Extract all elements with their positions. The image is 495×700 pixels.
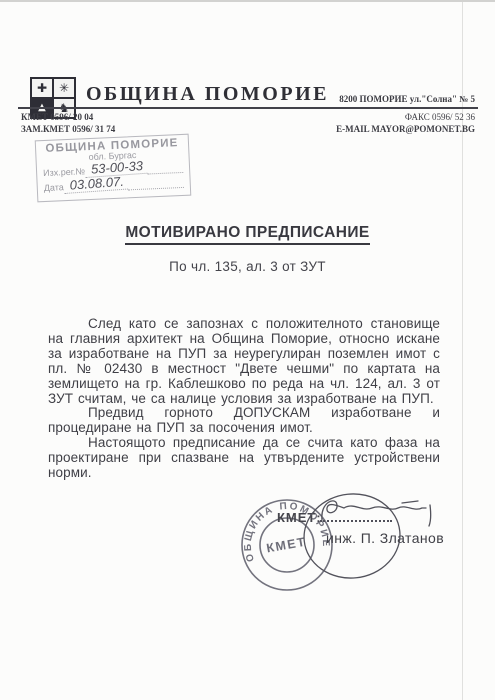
body-paragraph: Настоящото предписание да се счита като … bbox=[48, 436, 440, 481]
date-handwritten: 03.08.07. bbox=[63, 174, 128, 194]
scanned-document-page: ✚ ✳ ▲ ♞ ОБЩИНА ПОМОРИЕ 8200 ПОМОРИЕ ул."… bbox=[0, 0, 495, 700]
org-address: 8200 ПОМОРИЕ ул."Солна" № 5 bbox=[339, 94, 475, 104]
dotted-leader bbox=[128, 187, 184, 190]
document-subtitle: По чл. 135, ал. 3 от ЗУТ bbox=[0, 259, 495, 274]
phone-deputy: ЗАМ.КМЕТ 0596/ 31 74 bbox=[21, 124, 115, 136]
phone-mayor: КМЕТ 0596/ 20 04 bbox=[21, 112, 115, 124]
email-address: E-MAIL MAYOR@POMONET.BG bbox=[336, 124, 475, 136]
logo-sun-icon: ✳ bbox=[54, 79, 74, 97]
logo-cross-icon: ✚ bbox=[32, 79, 52, 97]
body-paragraph: Предвид горното ДОПУСКАМ изработване и п… bbox=[48, 406, 440, 436]
header-phones: КМЕТ 0596/ 20 04 ЗАМ.КМЕТ 0596/ 31 74 bbox=[21, 112, 115, 135]
date-label: Дата bbox=[44, 182, 64, 194]
header-rule bbox=[18, 107, 478, 109]
header-fax-email: ФАКС 0596/ 52 36 E-MAIL MAYOR@POMONET.BG bbox=[336, 112, 475, 135]
body-paragraph: След като се запознах с положителното ст… bbox=[48, 317, 440, 406]
org-name: ОБЩИНА ПОМОРИЕ bbox=[86, 83, 329, 106]
received-stamp: ОБЩИНА ПОМОРИЕ обл. Бургас Изх.рег.№ 53-… bbox=[35, 134, 192, 203]
signature-block: ОБЩИНА ПОМОРИЕ КМЕТ КМЕТ: инж. П. Златан… bbox=[236, 488, 486, 613]
fax-number: ФАКС 0596/ 52 36 bbox=[336, 112, 475, 124]
document-title: МОТИВИРАНО ПРЕДПИСАНИЕ bbox=[125, 224, 369, 245]
handwritten-signature bbox=[296, 486, 451, 591]
document-body: След като се запознах с положителното ст… bbox=[48, 317, 440, 481]
